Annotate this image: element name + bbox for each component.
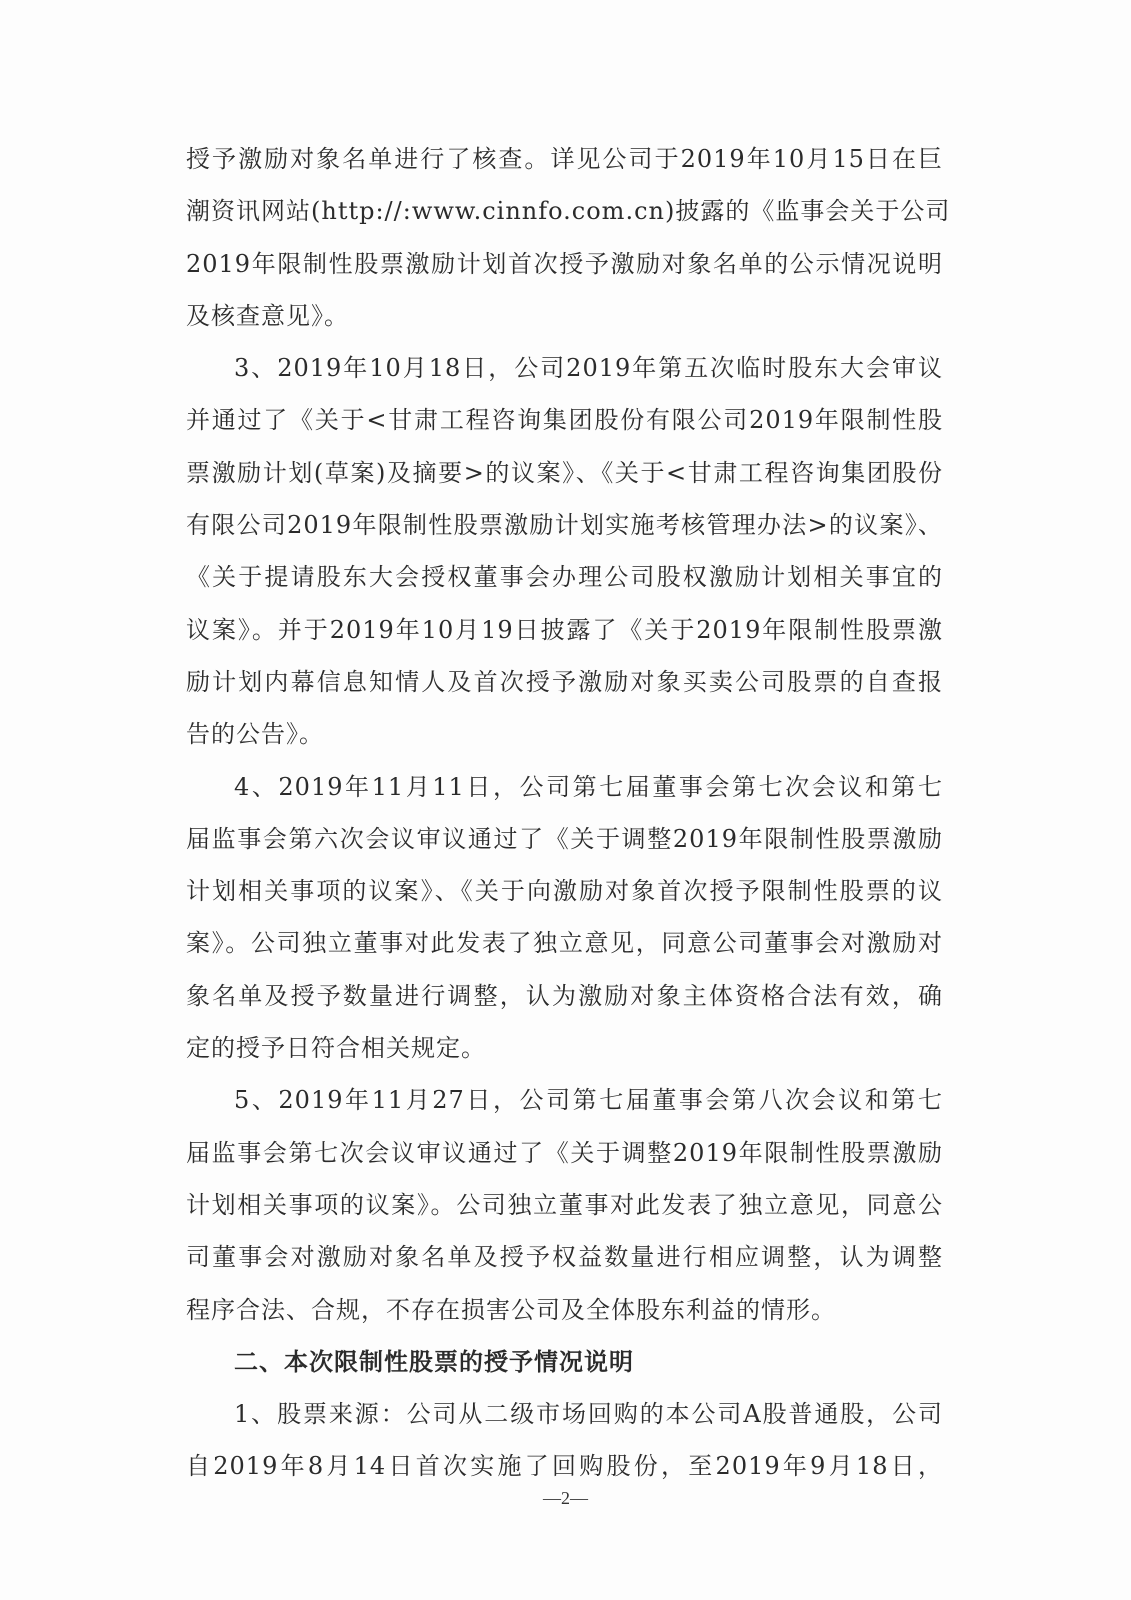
text-line: 计划相关事项的议案》、《关于向激励对象首次授予限制性股票的议 <box>186 865 943 917</box>
text-line: 5、2019年11月27日，公司第七届董事会第八次会议和第七 <box>186 1074 943 1126</box>
text-line: 1、股票来源：公司从二级市场回购的本公司A股普通股，公司 <box>186 1388 943 1440</box>
text-line: 潮资讯网站(http://:www.cinnfo.com.cn)披露的《监事会关… <box>186 185 943 237</box>
text-line: 程序合法、合规，不存在损害公司及全体股东利益的情形。 <box>186 1284 943 1336</box>
text-line: 议案》。并于2019年10月19日披露了《关于2019年限制性股票激 <box>186 604 943 656</box>
text-line: 计划相关事项的议案》。公司独立董事对此发表了独立意见，同意公 <box>186 1179 943 1231</box>
page-number: —2— <box>0 1488 1131 1509</box>
document-page: 授予激励对象名单进行了核查。详见公司于2019年10月15日在巨 潮资讯网站(h… <box>0 0 1131 1600</box>
text-line: 《关于提请股东大会授权董事会办理公司股权激励计划相关事宜的 <box>186 551 943 603</box>
text-line: 届监事会第六次会议审议通过了《关于调整2019年限制性股票激励 <box>186 813 943 865</box>
text-line: 授予激励对象名单进行了核查。详见公司于2019年10月15日在巨 <box>186 133 943 185</box>
text-line: 案》。公司独立董事对此发表了独立意见，同意公司董事会对激励对 <box>186 917 943 969</box>
section-heading: 二、本次限制性股票的授予情况说明 <box>186 1336 943 1388</box>
text-line: 届监事会第七次会议审议通过了《关于调整2019年限制性股票激励 <box>186 1127 943 1179</box>
text-line: 并通过了《关于<甘肃工程咨询集团股份有限公司2019年限制性股 <box>186 394 943 446</box>
text-line: 励计划内幕信息知情人及首次授予激励对象买卖公司股票的自查报 <box>186 656 943 708</box>
paragraph-item-4: 4、2019年11月11日，公司第七届董事会第七次会议和第七 届监事会第六次会议… <box>186 761 943 1075</box>
text-line: 及核查意见》。 <box>186 290 943 342</box>
document-body: 授予激励对象名单进行了核查。详见公司于2019年10月15日在巨 潮资讯网站(h… <box>186 133 943 1493</box>
text-line: 票激励计划(草案)及摘要>的议案》、《关于<甘肃工程咨询集团股份 <box>186 447 943 499</box>
text-line: 4、2019年11月11日，公司第七届董事会第七次会议和第七 <box>186 761 943 813</box>
text-line: 定的授予日符合相关规定。 <box>186 1022 943 1074</box>
text-line: 有限公司2019年限制性股票激励计划实施考核管理办法>的议案》、 <box>186 499 943 551</box>
text-line: 3、2019年10月18日，公司2019年第五次临时股东大会审议 <box>186 342 943 394</box>
text-line: 自2019年8月14日首次实施了回购股份，至2019年9月18日， <box>186 1440 943 1492</box>
text-line: 象名单及授予数量进行调整，认为激励对象主体资格合法有效，确 <box>186 970 943 1022</box>
text-line: 司董事会对激励对象名单及授予权益数量进行相应调整，认为调整 <box>186 1231 943 1283</box>
paragraph-item-3: 3、2019年10月18日，公司2019年第五次临时股东大会审议 并通过了《关于… <box>186 342 943 760</box>
text-line: 2019年限制性股票激励计划首次授予激励对象名单的公示情况说明 <box>186 238 943 290</box>
paragraph-continued: 授予激励对象名单进行了核查。详见公司于2019年10月15日在巨 潮资讯网站(h… <box>186 133 943 342</box>
text-line: 告的公告》。 <box>186 708 943 760</box>
paragraph-item-5: 5、2019年11月27日，公司第七届董事会第八次会议和第七 届监事会第七次会议… <box>186 1074 943 1335</box>
paragraph-section2-item-1: 1、股票来源：公司从二级市场回购的本公司A股普通股，公司 自2019年8月14日… <box>186 1388 943 1493</box>
